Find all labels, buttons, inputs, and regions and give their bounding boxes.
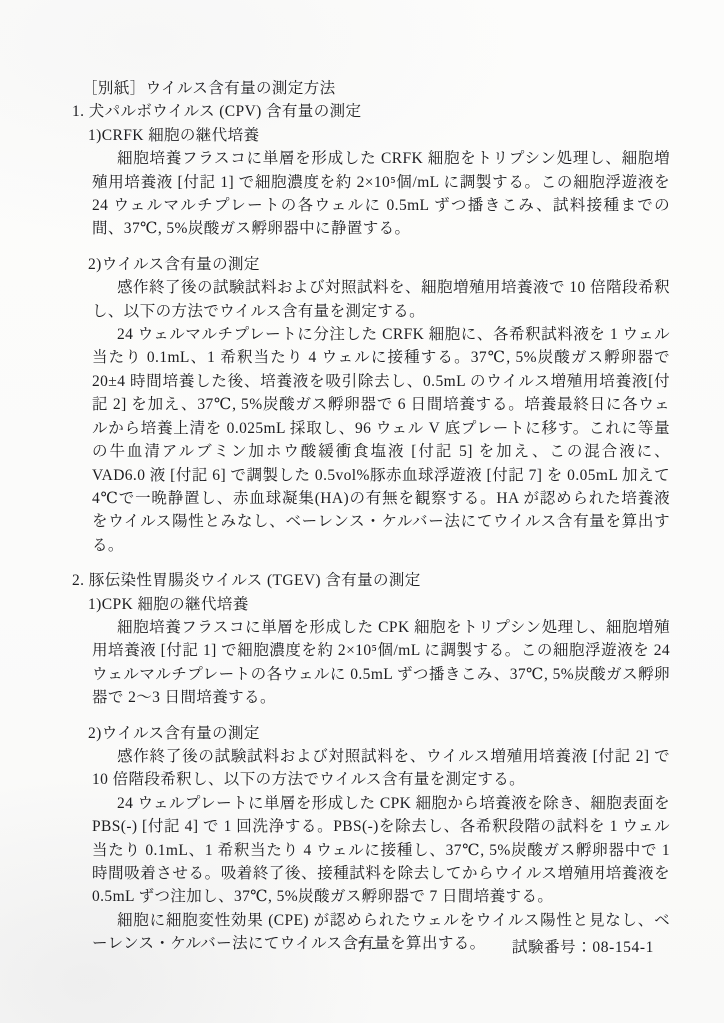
section-2-subsection-1-heading: 1)CPK 細胞の継代培養 — [88, 593, 670, 616]
section-1-heading: 1. 犬パルボウイルス (CPV) 含有量の測定 — [72, 100, 670, 123]
section-1-subsection-2-paragraph-2: 24 ウェルマルチプレートに分注した CRFK 細胞に、各希釈試料液を 1 ウェ… — [92, 323, 670, 557]
section-2-subsection-2-paragraph-2: 24 ウェルプレートに単層を形成した CPK 細胞から培養液を除き、細胞表面を … — [92, 792, 670, 909]
section-2-subsection-1-paragraph-1: 細胞培養フラスコに単層を形成した CPK 細胞をトリプシン処理し、細胞増殖用培養… — [92, 616, 670, 710]
document-title: ［別紙］ウイルス含有量の測定方法 — [82, 77, 670, 100]
section-2-subsection-2-heading: 2)ウイルス含有量の測定 — [88, 722, 670, 745]
scanned-document-page: ［別紙］ウイルス含有量の測定方法 1. 犬パルボウイルス (CPV) 含有量の測… — [0, 0, 724, 1023]
section-2-heading: 2. 豚伝染性胃腸炎ウイルス (TGEV) 含有量の測定 — [72, 569, 670, 592]
section-2-subsection-2-paragraph-1: 感作終了後の試験試料および対照試料を、ウイルス増殖用培養液 [付記 2] で 1… — [92, 745, 670, 792]
section-1-subsection-2-heading: 2)ウイルス含有量の測定 — [88, 253, 670, 276]
document-body: ［別紙］ウイルス含有量の測定方法 1. 犬パルボウイルス (CPV) 含有量の測… — [0, 77, 724, 956]
section-1-subsection-1-paragraph-1: 細胞培養フラスコに単層を形成した CRFK 細胞をトリプシン処理し、細胞増殖用培… — [92, 147, 670, 241]
test-number: 試験番号：08-154-1 — [512, 936, 654, 959]
section-1-subsection-2-paragraph-1: 感作終了後の試験試料および対照試料を、細胞増殖用培養液で 10 倍階段希釈し、以… — [92, 276, 670, 323]
section-1-subsection-1-heading: 1)CRFK 細胞の継代培養 — [88, 124, 670, 147]
